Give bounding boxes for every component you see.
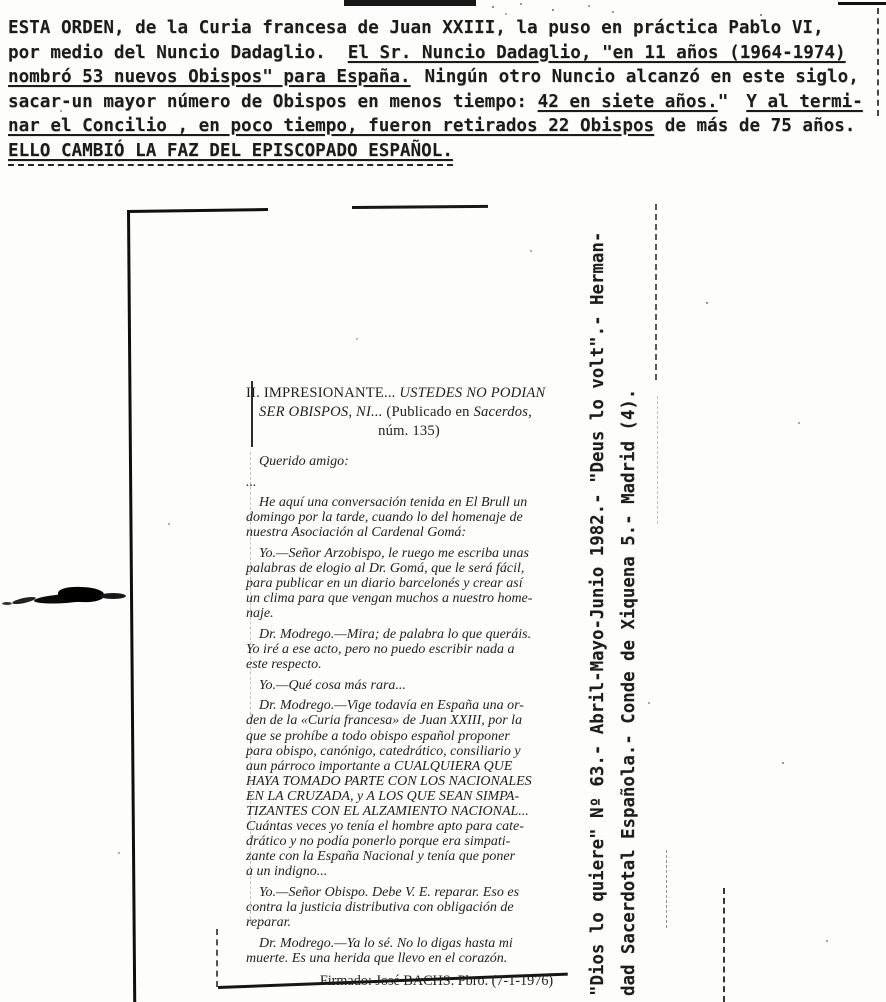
typed-text: por medio del Nuncio Dadaglio. [8,43,326,63]
text-line: Dr. Modrego.—Mira; de palabra lo que que… [246,627,572,642]
text-line: Dr. Modrego.—Ya lo sé. No lo digas hasta… [246,936,572,951]
text-line: den de la «Curia francesa» de Juan XXIII… [246,713,572,728]
heading-issue-number: núm. 135) [246,422,572,441]
clipping-paragraph: Dr. Modrego.—Vige todavía en España una … [246,698,572,879]
text-line: EN LA CRUZADA, y A LOS QUE SEAN SIMPA- [246,789,572,804]
heading-publication-note: (Publicado en [383,404,474,420]
typed-text-underlined: nar el Concilio , en poco tiempo, fueron… [8,116,654,136]
clipping-paragraph: He aquí una conversación tenida en El Br… [246,495,572,540]
text-line: He aquí una conversación tenida en El Br… [246,495,572,510]
text-line: Cuántas veces yo tenía el hombre apto pa… [246,819,572,834]
typed-text: Ningún otro Nuncio alcanzó en este siglo… [425,67,859,87]
typed-text: de más de 75 años. [654,116,855,136]
newspaper-clipping: II. IMPRESIONANTE... USTEDES NO PODIAN S… [246,384,572,989]
scan-mark-top-right-horizontal [838,2,886,5]
typed-text: " [718,92,729,112]
clipping-paragraph: Dr. Modrego.—Mira; de palabra lo que que… [246,627,572,672]
text-line: un clima para que vengan muchos a nuestr… [246,591,572,606]
clipping-paragraph: Yo.—Señor Arzobispo, le ruego me escriba… [246,546,572,621]
ink-blot [0,578,140,624]
typed-text: ESTA ORDEN, de la Curia francesa de Juan… [8,18,824,38]
text-line: Yo.—Señor Obispo. Debe V. E. reparar. Es… [246,885,572,900]
text-line: contra la justicia distributiva con obli… [246,900,572,915]
typed-line: sacar-un mayor número de Obispos en meno… [8,90,882,115]
typed-line: ELLO CAMBIÓ LA FAZ DEL EPISCOPADO ESPAÑO… [8,139,882,164]
heading-title-italic: SER OBISPOS, NI... [259,404,383,420]
text-line: a un indigno... [246,864,572,879]
scanned-document-page: { "typed_header": { "lines": [ {"segs": … [0,0,886,1002]
text-line: TIZANTES CON EL ALZAMIENTO NACIONAL... [246,804,572,819]
clipping-bottom-left-edge [216,929,218,987]
clipping-paragraph: Yo.—Qué cosa más rara... [246,678,572,693]
text-line: nuestra Asociación al Cardenal Gomá: [246,525,572,540]
text-line: drático y no podía ponerlo porque era si… [246,834,572,849]
clipping-paragraph: Dr. Modrego.—Ya lo sé. No lo digas hasta… [246,936,572,966]
photocopy-edge-smudge [344,0,476,6]
heading-line: SER OBISPOS, NI... (Publicado en Sacerdo… [246,403,572,422]
clipping-heading: II. IMPRESIONANTE... USTEDES NO PODIAN S… [246,384,572,441]
typed-annotation: ESTA ORDEN, de la Curia francesa de Juan… [8,16,882,163]
frame-top-line-left [127,208,268,213]
text-line: Dr. Modrego.—Vige todavía en España una … [246,698,572,713]
clipping-signature: Firmado: José BACHS. Pbro. (7-1-1976) [246,974,572,989]
frame-top-line-right [352,205,488,209]
typed-text-underlined: Y al termi- [746,92,863,112]
margin-note-text: "Dios lo quiere" Nº 63.- Abril-Mayo-Juni… [583,190,647,996]
typed-line: por medio del Nuncio Dadaglio.El Sr. Nun… [8,41,882,66]
typed-text-double-underlined: ELLO CAMBIÓ LA FAZ DEL EPISCOPADO ESPAÑO… [8,141,453,166]
text-line: Querido amigo: [246,454,572,469]
clipping-right-edge-lower [666,850,667,928]
text-line: este respecto. [246,657,572,672]
heading-line: II. IMPRESIONANTE... USTEDES NO PODIAN [246,384,572,403]
heading-number: II. IMPRESIONANTE... [246,385,396,401]
clipping-right-edge-upper [655,204,657,380]
text-line: muerte. Es una herida que llevo en el co… [246,951,572,966]
clipping-paragraph-salutation: Querido amigo: [246,454,572,469]
page-right-edge-line [723,888,725,1002]
margin-note-vertical: "Dios lo quiere" Nº 63.- Abril-Mayo-Juni… [580,190,650,996]
typed-text-underlined: 42 en siete años. [538,92,718,112]
text-line: para publicar en un diario barcelonés y … [246,576,572,591]
typed-line: nar el Concilio , en poco tiempo, fueron… [8,114,882,139]
text-line: HAYA TOMADO PARTE CON LOS NACIONALES [246,774,572,789]
text-line: Yo.—Señor Arzobispo, le ruego me escriba… [246,546,572,561]
clipping-paragraph-ellipsis: ... [246,475,572,490]
heading-source-name: Sacerdos, [474,404,532,420]
photocopy-noise-specks [0,0,2,2]
heading-title-italic: USTEDES NO PODIAN [396,385,546,401]
text-line: zante con la España Nacional y tenía que… [246,849,572,864]
typed-text-underlined: El Sr. Nuncio Dadaglio, "en 11 años (196… [348,43,846,63]
typed-text-underlined: nombró 53 nuevos Obispos" para España. [8,67,411,87]
text-line: palabras de elogio al Dr. Gomá, que le s… [246,561,572,576]
text-line: para obispo, canónigo, catedrático, cons… [246,744,572,759]
text-line: ... [246,475,572,490]
typed-line: ESTA ORDEN, de la Curia francesa de Juan… [8,16,882,41]
typed-text: sacar-un mayor número de Obispos en meno… [8,92,538,112]
text-line: reparar. [246,915,572,930]
text-line: aun párroco importante a CUALQUIERA QUE [246,759,572,774]
text-line: naje. [246,606,572,621]
text-line: domingo por la tarde, cuando lo del home… [246,510,572,525]
margin-note-line: dad Sacerdotal Española.- Conde de Xique… [614,190,645,996]
clipping-paragraph: Yo.—Señor Obispo. Debe V. E. reparar. Es… [246,885,572,930]
text-line: Yo iré a ese acto, pero no puedo escribi… [246,642,572,657]
text-line: Yo.—Qué cosa más rara... [246,678,572,693]
text-line: que se prohíbe a todo obispo español pro… [246,729,572,744]
typed-line: nombró 53 nuevos Obispos" para España.Ni… [8,65,882,90]
margin-note-line: "Dios lo quiere" Nº 63.- Abril-Mayo-Juni… [583,190,614,996]
clipping-right-edge-faint [657,396,658,524]
